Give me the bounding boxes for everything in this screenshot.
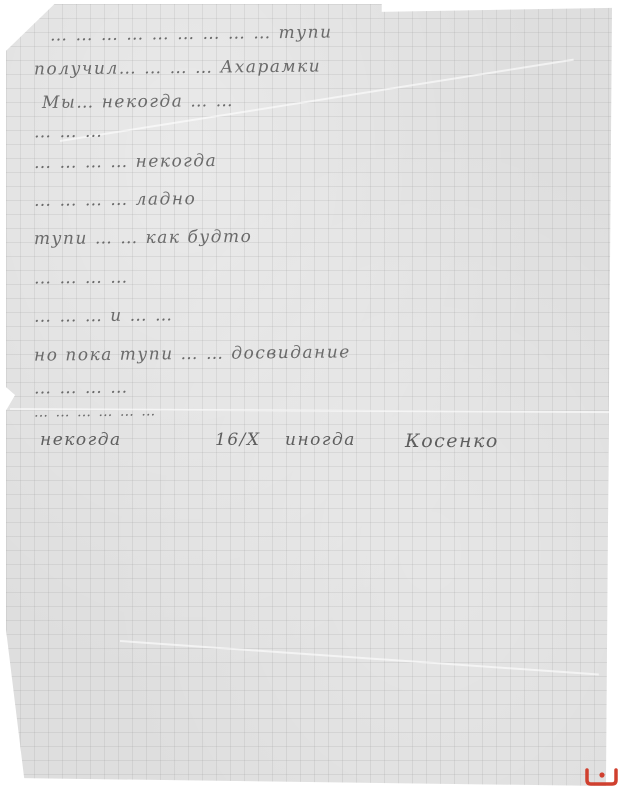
signature: Косенко — [405, 430, 499, 452]
letter-line: … … … … … … — [34, 403, 157, 420]
closing-left: некогда — [40, 430, 122, 450]
letter-line: … … … и … … — [34, 305, 174, 326]
letter-line: … … … … некогда — [34, 151, 217, 173]
letter-date: 16/X — [215, 430, 260, 450]
letter-line: … … … … — [34, 268, 129, 289]
letter-line: … … … … ладно — [34, 189, 196, 211]
letter-line: но пока тупи … … досвидание — [34, 342, 351, 365]
letter-line: тупи … … как будто — [34, 227, 253, 249]
letter-line: … … … … — [34, 378, 129, 399]
letter-line: … … … — [34, 122, 104, 143]
corner-logo-icon — [584, 766, 620, 788]
letter-line: Мы… некогда … … — [42, 91, 234, 113]
letter-line: … … … … … … … … … тупи — [50, 23, 333, 46]
closing-middle: иногда — [285, 430, 356, 450]
letter-line: получил… … … … Ахарамки — [34, 56, 321, 79]
